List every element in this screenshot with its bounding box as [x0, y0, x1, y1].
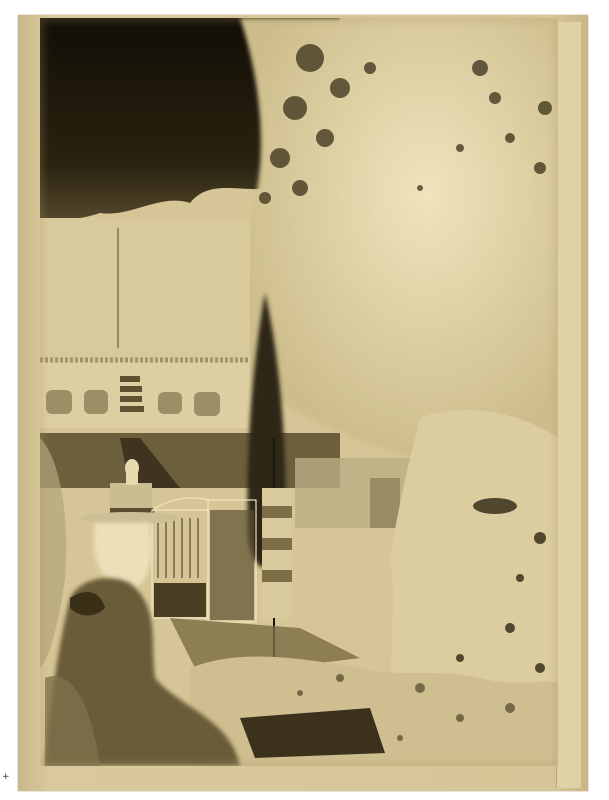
corner-mark: + — [2, 772, 10, 782]
scene-illustration — [40, 18, 558, 766]
plate-edge — [556, 22, 581, 788]
negative-photo — [40, 18, 558, 766]
